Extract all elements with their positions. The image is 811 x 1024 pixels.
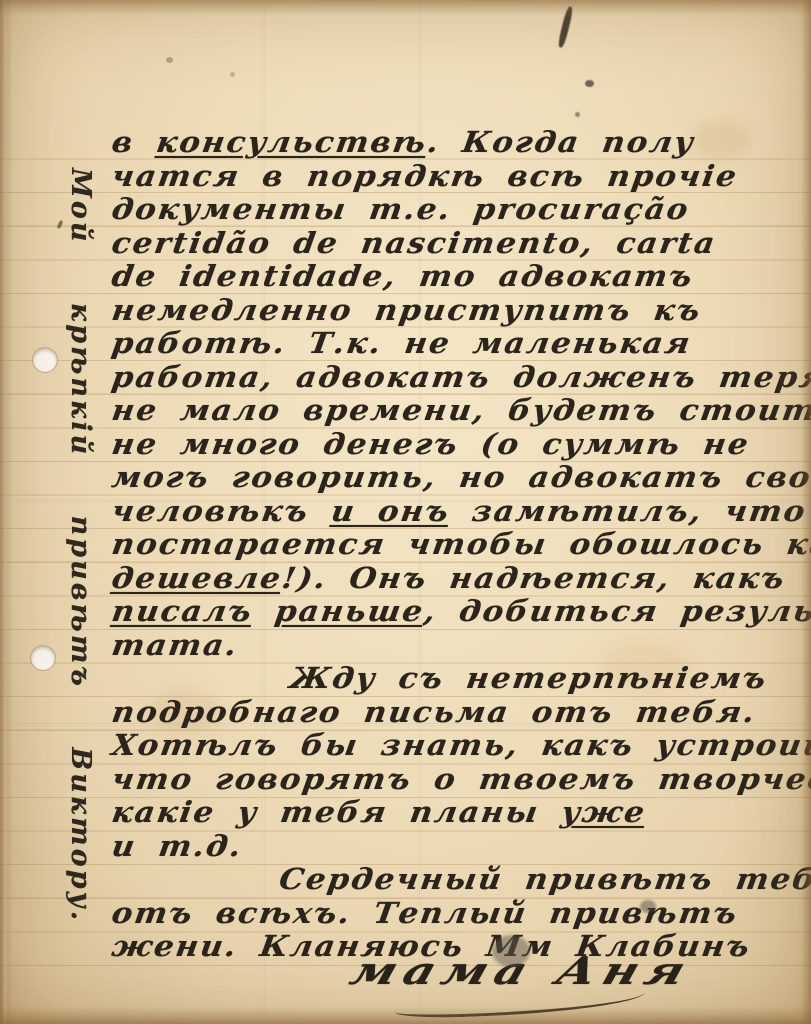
letter-line: не много денегъ (о суммѣ не — [110, 428, 811, 462]
letter-line: чатся в порядкѣ всѣ прочіе — [110, 160, 811, 194]
paper-edge-top — [0, 0, 811, 16]
letter-line: писалъ раньше, добиться резуль- — [110, 595, 811, 629]
letter-line: отъ всѣхъ. Теплый привѣтъ — [110, 897, 811, 931]
letter-line: документы т.е. procuração — [110, 193, 811, 227]
letter-line: не мало времени, будетъ стоить — [110, 394, 811, 428]
letter-line: Жду съ нетерпѣніемъ — [110, 662, 811, 696]
letter-line: человѣкъ и онъ замѣтилъ, что — [110, 495, 811, 529]
paper-speck — [230, 72, 235, 77]
letter-line: немедленно приступитъ къ — [110, 294, 811, 328]
ink-streak-top — [557, 6, 574, 48]
scan-edge-highlight — [3, 0, 7, 1024]
letter-line: дешевле!). Онъ надѣется, какъ — [110, 562, 811, 596]
letter-line: работа, адвокатъ долженъ терять — [110, 361, 811, 395]
letter-line: что говорятъ о твоемъ творчествѣ, — [110, 763, 811, 797]
punch-hole-top — [33, 348, 57, 372]
letter-page: Мой крѣпкій привѣтъ Виктору. в консульст… — [0, 0, 811, 1024]
letter-line: Сердечный привѣтъ тебѣ — [110, 863, 811, 897]
letter-line: подробнаго письма отъ тебя. — [110, 696, 811, 730]
letter-line: тата. — [110, 629, 811, 663]
letter-line: и т.д. — [110, 830, 811, 864]
letter-line: постарается чтобы обошлось какъ — [110, 528, 811, 562]
signature: мама Аня — [345, 948, 699, 993]
ink-dot — [575, 112, 580, 117]
letter-line: de identidade, то адвокатъ — [110, 260, 811, 294]
letter-line: в консульствѣ. Когда полу — [110, 126, 811, 160]
ink-dot — [585, 80, 594, 87]
margin-note: Мой крѣпкій привѣтъ Виктору. — [65, 168, 96, 948]
letter-body: в консульствѣ. Когда получатся в порядкѣ… — [112, 126, 784, 964]
paper-speck — [166, 57, 173, 63]
signature-flourish — [395, 992, 646, 1020]
ink-speck — [56, 220, 63, 230]
letter-line: работѣ. Т.к. не маленькая — [110, 327, 811, 361]
letter-line: Хотѣлъ бы знать, какъ устроишься, — [110, 729, 811, 763]
letter-line: certidão de nascimento, carta — [110, 227, 811, 261]
letter-line: могъ говорить, но адвокатъ свой — [110, 461, 811, 495]
punch-hole-bottom — [31, 646, 55, 670]
letter-line: какіе у тебя планы уже — [110, 796, 811, 830]
